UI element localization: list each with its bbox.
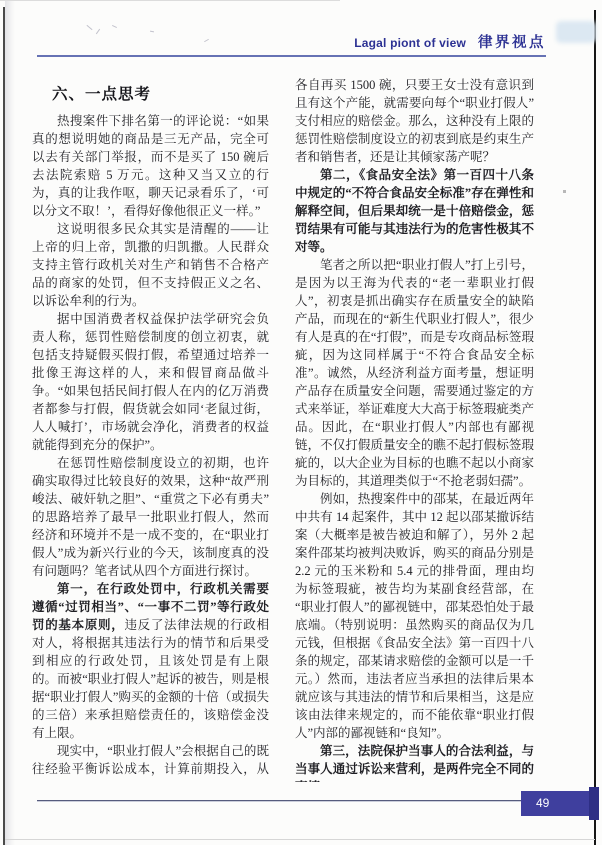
paragraph: 在惩罚性赔偿制度设立的初期，也许确实取得过比较良好的效果，这种“故严刑峻法、破奸… (32, 454, 269, 580)
pencil-scribble (86, 25, 92, 30)
right-text-column: 各自再买 1500 碗，只要王女士没有意识到且有这个产能，就需要向每个“职业打假… (295, 76, 534, 782)
paragraph: 现实中，“职业打假人”会根据自己的既往经验平衡诉讼成本，计算前期投入，从而决定购… (32, 742, 269, 778)
section-heading: 六、一点思考 (52, 82, 151, 104)
page-badge-tab (589, 787, 599, 820)
page-number: 49 (536, 796, 549, 810)
scan-speck (563, 190, 566, 193)
scan-left-gutter (5, 0, 15, 845)
page-number-badge: 49 (521, 791, 589, 816)
paragraph-continuation: 各自再买 1500 碗，只要王女士没有意识到且有这个产能，就需要向每个“职业打假… (295, 76, 534, 166)
scan-top-edge (0, 0, 340, 1)
scan-bottom-edge (5, 839, 595, 840)
paragraph: 笔者之所以把“职业打假人”打上引号，是因为以王海为代表的“老一辈职业打假人”，初… (295, 256, 534, 490)
footer-rule (37, 800, 523, 801)
paragraph: 这说明很多民众其实是清醒的——让上帝的归上帝，凯撒的归凯撒。人民群众支持主管行政… (32, 220, 269, 310)
running-header: Lagal piont of view 律界视点 (37, 31, 546, 52)
paragraph: 热搜案件下排名第一的评论说：“如果真的想说明她的商品是三无产品，完全可以去有关部… (32, 112, 269, 220)
paragraph-point-three: 第三，法院保护当事人的合法利益，与当事人通过诉讼来营利，是两件完全不同的事情。 (295, 742, 534, 782)
paragraph: 例如，热搜案件中的邵某，在最近两年中共有 14 起案件，其中 12 起以邵某撤诉… (295, 490, 534, 742)
header-rule (37, 55, 546, 57)
scan-right-edge-line (594, 10, 596, 845)
header-title-chinese: 律界视点 (478, 35, 546, 51)
left-text-column: 热搜案件下排名第一的评论说：“如果真的想说明她的商品是三无产品，完全可以去有关部… (32, 112, 269, 778)
magazine-page-scan: Lagal piont of view 律界视点 六、一点思考 热搜案件下排名第… (0, 0, 602, 845)
scan-blue-smudge (556, 21, 596, 43)
paragraph-point-one: 第一，在行政处罚中，行政机关需要遵循“过罚相当”、“一事不二罚”等行政处罚的基本… (32, 580, 269, 742)
paragraph: 据中国消费者权益保护法学研究会负责人称，惩罚性赔偿制度的创立初衷，就包括支持疑假… (32, 310, 269, 454)
header-title-english: Lagal piont of view (354, 36, 466, 50)
pencil-scribble (112, 25, 117, 28)
paragraph-point-two: 第二，《食品安全法》第一百四十八条中规定的“不符合食品安全标准”存在弹性和解释空… (295, 166, 534, 256)
